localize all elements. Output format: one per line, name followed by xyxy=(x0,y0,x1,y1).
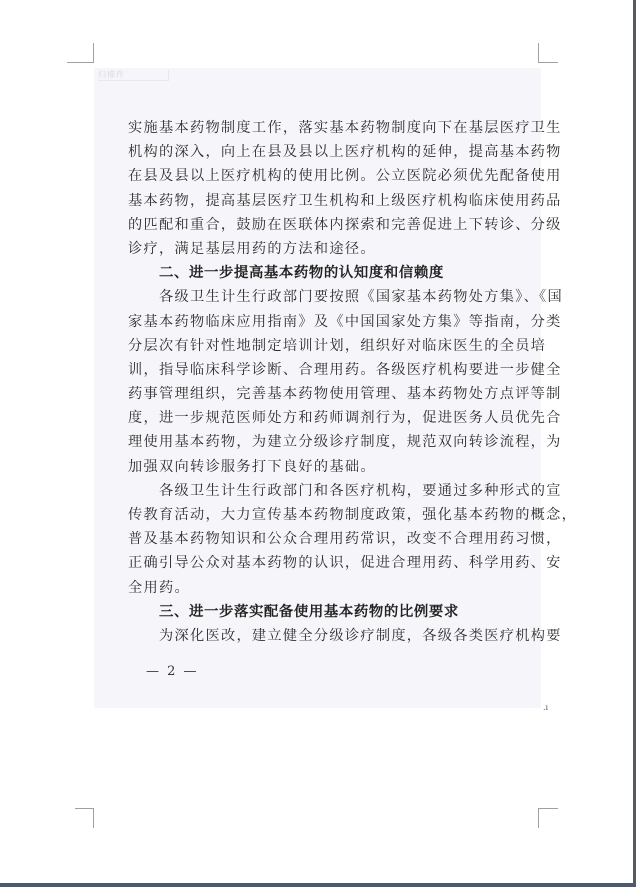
text-line: 的匹配和重合，鼓励在医联体内探索和完善促进上下转诊、分级 xyxy=(128,213,508,237)
text-line: 全用药。 xyxy=(128,576,508,600)
section-heading-3: 三、进一步落实配备使用基本药物的比例要求 xyxy=(128,600,508,624)
scan-artifact-mark: .ı xyxy=(543,703,548,712)
text-line: 度，进一步规范医师处方和药师调剂行为，促进医务人员优先合 xyxy=(128,406,508,430)
text-line: 训，指导临床科学诊断、合理用药。各级医疗机构要进一步健全 xyxy=(128,358,508,382)
scanned-page: 扫描件 实施基本药物制度工作，落实基本药物制度向下在基层医疗卫生 机构的深入，向… xyxy=(94,68,541,708)
text-line: 各级卫生计生行政部门要按照《国家基本药物处方集》、《国 xyxy=(128,285,508,309)
text-line: 机构的深入，向上在县及县以上医疗机构的延伸，提高基本药物 xyxy=(128,140,508,164)
text-line: 诊疗，满足基层用药的方法和途径。 xyxy=(128,237,508,261)
text-line: 各级卫生计生行政部门和各医疗机构，要通过多种形式的宣 xyxy=(128,479,508,503)
document-viewer: 扫描件 实施基本药物制度工作，落实基本药物制度向下在基层医疗卫生 机构的深入，向… xyxy=(0,0,633,883)
text-line: 普及基本药物知识和公众合理用药常识，改变不合理用药习惯， xyxy=(128,527,508,551)
text-line: 为深化医改，建立健全分级诊疗制度，各级各类医疗机构要 xyxy=(128,624,508,648)
viewer-bottom-bar xyxy=(0,883,636,887)
crop-mark-top-left xyxy=(67,43,94,63)
text-line: 基本药物，提高基层医疗卫生机构和上级医疗机构临床使用药品 xyxy=(128,189,508,213)
text-line: 药事管理组织，完善基本药物使用管理、基本药物处方点评等制 xyxy=(128,382,508,406)
text-line: 实施基本药物制度工作，落实基本药物制度向下在基层医疗卫生 xyxy=(128,116,508,140)
text-line: 分层次有针对性地制定培训计划，组织好对临床医生的全员培 xyxy=(128,334,508,358)
text-line: 加强双向转诊服务打下良好的基础。 xyxy=(128,455,508,479)
faint-stamp: 扫描件 xyxy=(98,70,169,81)
text-line: 理使用基本药物，为建立分级诊疗制度，规范双向转诊流程，为 xyxy=(128,430,508,454)
crop-mark-bottom-right xyxy=(538,808,558,828)
page-body: 实施基本药物制度工作，落实基本药物制度向下在基层医疗卫生 机构的深入，向上在县及… xyxy=(128,116,508,648)
page-number: — 2 — xyxy=(146,664,199,679)
crop-mark-top-right xyxy=(538,43,558,63)
text-line: 传教育活动，大力宣传基本药物制度政策，强化基本药物的概念， xyxy=(128,503,508,527)
section-heading-2: 二、进一步提高基本药物的认知度和信赖度 xyxy=(128,261,508,285)
text-line: 在县及县以上医疗机构的使用比例。公立医院必须优先配备使用 xyxy=(128,164,508,188)
text-line: 家基本药物临床应用指南》及《中国国家处方集》等指南，分类 xyxy=(128,310,508,334)
crop-mark-bottom-left xyxy=(75,808,94,828)
text-line: 正确引导公众对基本药物的认识，促进合理用药、科学用药、安 xyxy=(128,551,508,575)
